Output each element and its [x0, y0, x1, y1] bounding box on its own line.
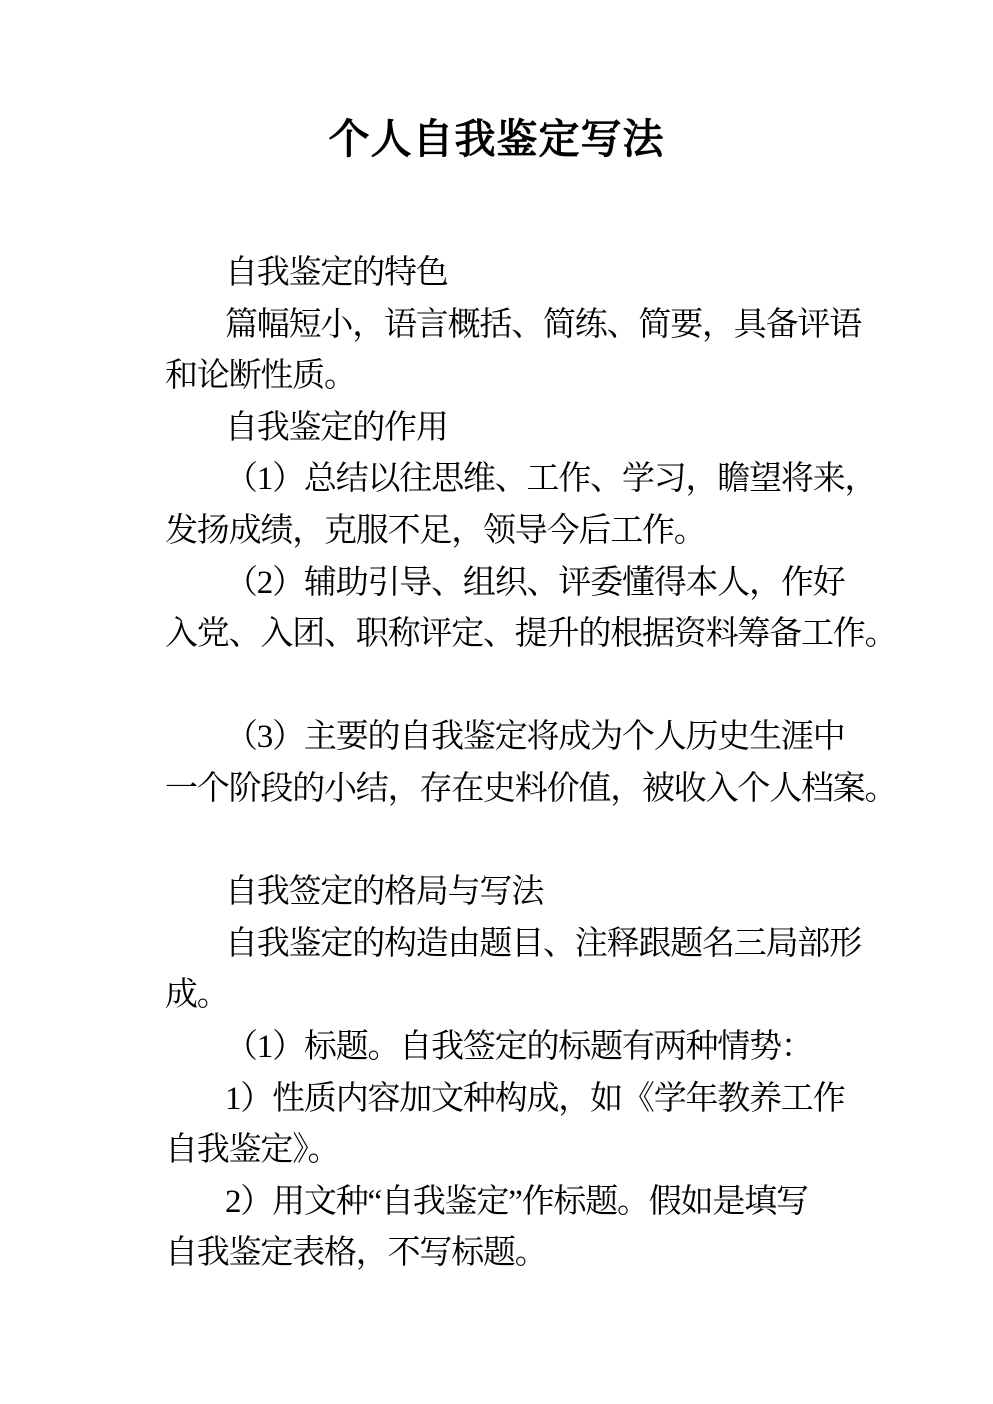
document-body: 自我鉴定的特色篇幅短小，语言概括、简练、简要，具备评语和论断性质。自我鉴定的作用… — [165, 248, 865, 1280]
text-line: 自我签定的格局与写法 — [165, 867, 865, 919]
text-line: 一个阶段的小结，存在史料价值，被收入个人档案。 — [165, 764, 865, 816]
text-line: （1）总结以往思维、工作、学习，瞻望将来， — [165, 454, 865, 506]
text-line: 自我鉴定的特色 — [165, 248, 865, 300]
text-line: 篇幅短小，语言概括、简练、简要，具备评语 — [165, 300, 865, 352]
paragraph: （1）标题。自我签定的标题有两种情势： — [165, 1022, 865, 1074]
text-line: 自我鉴定的构造由题目、注释跟题名三局部形 — [165, 919, 865, 971]
text-line: 2）用文种“自我鉴定”作标题。假如是填写 — [165, 1177, 865, 1229]
text-line: 自我鉴定》。 — [165, 1125, 865, 1177]
paragraph: 自我鉴定的构造由题目、注释跟题名三局部形成。 — [165, 919, 865, 1022]
text-line: 自我鉴定的作用 — [165, 403, 865, 455]
paragraph: 2）用文种“自我鉴定”作标题。假如是填写自我鉴定表格，不写标题。 — [165, 1177, 865, 1280]
text-line: （1）标题。自我签定的标题有两种情势： — [165, 1022, 865, 1074]
text-line: （2）辅助引导、组织、评委懂得本人，作好 — [165, 558, 865, 610]
text-line: （3）主要的自我鉴定将成为个人历史生涯中 — [165, 712, 865, 764]
document-page: 个人自我鉴定写法 自我鉴定的特色篇幅短小，语言概括、简练、简要，具备评语和论断性… — [0, 0, 993, 1404]
document-title: 个人自我鉴定写法 — [0, 0, 993, 164]
paragraph: 1）性质内容加文种构成，如《学年教养工作自我鉴定》。 — [165, 1074, 865, 1177]
paragraph: 自我签定的格局与写法 — [165, 867, 865, 919]
text-line: 1）性质内容加文种构成，如《学年教养工作 — [165, 1074, 865, 1126]
paragraph: 自我鉴定的作用 — [165, 403, 865, 455]
text-line: 发扬成绩，克服不足，领导今后工作。 — [165, 506, 865, 558]
paragraph: 篇幅短小，语言概括、简练、简要，具备评语和论断性质。 — [165, 300, 865, 403]
text-line: 自我鉴定表格，不写标题。 — [165, 1228, 865, 1280]
paragraph: （3）主要的自我鉴定将成为个人历史生涯中一个阶段的小结，存在史料价值，被收入个人… — [165, 712, 865, 815]
text-line: 入党、入团、职称评定、提升的根据资料筹备工作。 — [165, 609, 865, 661]
paragraph: （1）总结以往思维、工作、学习，瞻望将来，发扬成绩，克服不足，领导今后工作。 — [165, 454, 865, 557]
paragraph: （2）辅助引导、组织、评委懂得本人，作好入党、入团、职称评定、提升的根据资料筹备… — [165, 558, 865, 661]
text-line: 和论断性质。 — [165, 351, 865, 403]
text-line: 成。 — [165, 970, 865, 1022]
paragraph: 自我鉴定的特色 — [165, 248, 865, 300]
